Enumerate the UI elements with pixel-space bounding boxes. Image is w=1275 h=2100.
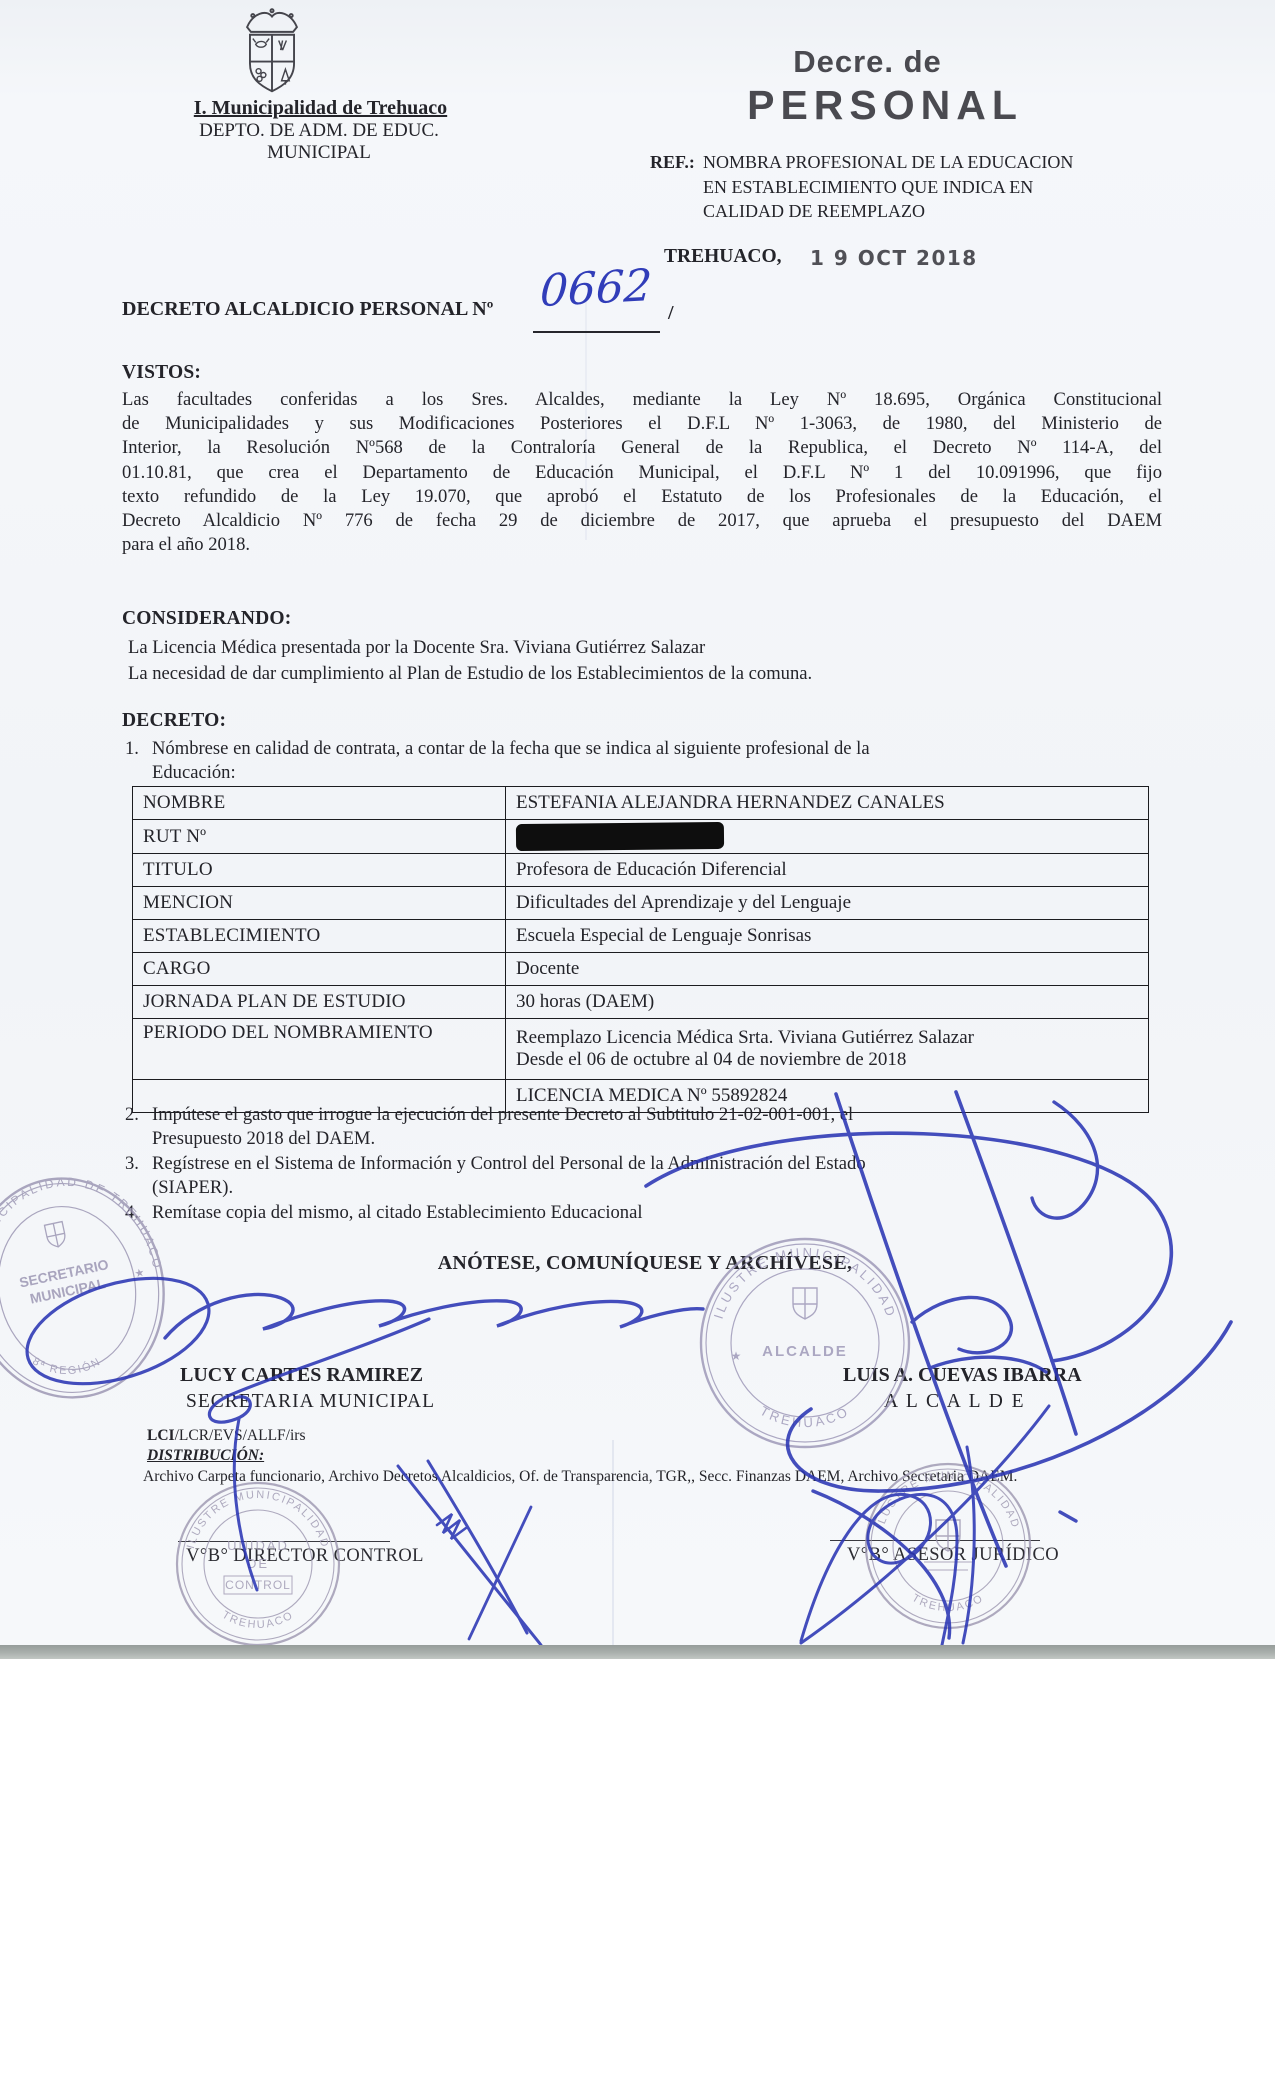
table-row: CARGO Docente: [133, 953, 1149, 986]
item-4-line1: Remítase copia del mismo, al citado Esta…: [152, 1201, 643, 1225]
vistos-line: Interior, la Resolución Nº568 de la Cont…: [122, 436, 1162, 460]
row-value: Escuela Especial de Lenguaje Sonrisas: [506, 920, 1149, 953]
stamp-center-text: UNIDAD: [227, 1538, 289, 1553]
vistos-paragraph: Las facultades conferidas a los Sres. Al…: [122, 388, 1162, 557]
row-label: CARGO: [133, 953, 506, 986]
stamp-bottom-text: TREHUACO: [910, 1592, 986, 1614]
control-signature: [469, 1507, 531, 1639]
item-1-line2: Educación:: [152, 761, 236, 785]
ref-line1: NOMBRA PROFESIONAL DE LA EDUCACION: [703, 152, 1073, 173]
initials-bold: LCI: [147, 1427, 175, 1444]
row-value: 30 horas (DAEM): [506, 986, 1149, 1019]
distribution-label: DISTRIBUCIÓN:: [147, 1447, 264, 1465]
vistos-line: 01.10.81, que crea el Departamento de Ed…: [122, 461, 1162, 485]
ref-label: REF.:: [650, 152, 695, 173]
row-value: Reemplazo Licencia Médica Srta. Viviana …: [506, 1019, 1149, 1080]
municipal-coat-of-arms: [224, 6, 320, 98]
row-value: Dificultades del Aprendizaje y del Lengu…: [506, 887, 1149, 920]
table-row: ESTABLECIMIENTO Escuela Especial de Leng…: [133, 920, 1149, 953]
item-2-line1: Impútese el gasto que irrogue la ejecuci…: [152, 1103, 853, 1127]
scanned-page: I. Municipalidad de Trehuaco DEPTO. DE A…: [0, 0, 1275, 1645]
unidad-control-stamp: ILUSTRE MUNICIPALIDAD TREHUACO UNIDAD DE…: [172, 1478, 344, 1645]
table-row: RUT Nº: [133, 820, 1149, 854]
table-row: NOMBRE ESTEFANIA ALEJANDRA HERNANDEZ CAN…: [133, 787, 1149, 820]
stamp-center-text: DE: [247, 1556, 269, 1571]
redaction-bar: [516, 822, 724, 851]
decree-type-stamp-line1: Decre. de: [760, 44, 975, 80]
alcalde-signature: [912, 1297, 1011, 1352]
decreto-heading: DECRETO:: [122, 710, 226, 732]
decree-number-handwritten: 0662: [539, 260, 654, 317]
stamp-ring-text: I. MUNICIPALIDAD DE TREHUACO: [0, 1175, 165, 1272]
initials-line: LCI/LCR/EVS/ALLF/irs: [147, 1427, 305, 1445]
row-value: ESTEFANIA ALEJANDRA HERNANDEZ CANALES: [506, 787, 1149, 820]
juridico-signature: [1060, 1512, 1076, 1521]
stamp-bottom-text: 8ª REGIÓN: [30, 1355, 103, 1377]
secretario-municipal-stamp: I. MUNICIPALIDAD DE TREHUACO 8ª REGIÓN S…: [0, 1170, 185, 1410]
row-label: NOMBRE: [133, 787, 506, 820]
control-signature: [437, 1514, 466, 1539]
row-value: Docente: [506, 953, 1149, 986]
stamp-star-icon: ★: [731, 1349, 742, 1363]
periodo-line2: Desde el 06 de octubre al 04 de noviembr…: [516, 1049, 1138, 1071]
considerando-heading: CONSIDERANDO:: [122, 608, 291, 630]
vistos-line: texto refundido de la Ley 19.070, que ap…: [122, 485, 1162, 509]
vistos-heading: VISTOS:: [122, 362, 201, 384]
department-name: DEPTO. DE ADM. DE EDUC. MUNICIPAL: [148, 120, 490, 164]
ref-line2: EN ESTABLECIMIENTO QUE INDICA EN: [703, 177, 1033, 198]
item-3-line1: Regístrese en el Sistema de Información …: [152, 1152, 866, 1176]
row-value: Profesora de Educación Diferencial: [506, 854, 1149, 887]
row-label: RUT Nº: [133, 820, 506, 854]
item-2-line2: Presupuesto 2018 del DAEM.: [152, 1127, 375, 1151]
stamp-star-icon: ★: [134, 1267, 146, 1281]
screenshot-root: I. Municipalidad de Trehuaco DEPTO. DE A…: [0, 0, 1275, 2100]
alcalde-stamp: ILUSTRE MUNICIPALIDAD TREHUACO ALCALDE ★: [692, 1230, 918, 1456]
row-value-redacted: [506, 820, 1149, 854]
secretaria-title: SECRETARIA MUNICIPAL: [186, 1391, 435, 1413]
date-stamp: 1 9 OCT 2018: [810, 246, 978, 270]
table-row: MENCION Dificultades del Aprendizaje y d…: [133, 887, 1149, 920]
appointment-table: NOMBRE ESTEFANIA ALEJANDRA HERNANDEZ CAN…: [132, 786, 1149, 1113]
considerando-line2: La necesidad de dar cumplimiento al Plan…: [128, 662, 812, 686]
decree-number-slash: /: [668, 302, 674, 325]
stamp-bottom-text: TREHUACO: [220, 1609, 296, 1631]
vistos-line: para el año 2018.: [122, 533, 1162, 557]
considerando-line1: La Licencia Médica presentada por la Doc…: [128, 636, 705, 660]
stamp-center-text: CONTROL: [225, 1578, 291, 1592]
decree-number-label: DECRETO ALCALDICIO PERSONAL Nº: [122, 298, 493, 321]
periodo-line1: Reemplazo Licencia Médica Srta. Viviana …: [516, 1027, 1138, 1049]
row-label: TITULO: [133, 854, 506, 887]
vistos-line: de Municipalidades y sus Modificaciones …: [122, 412, 1162, 436]
secretaria-signature: [165, 1294, 703, 1338]
municipality-name: I. Municipalidad de Trehuaco: [178, 97, 463, 120]
asesor-juridico-stamp: ILUSTRE MUNICIPALIDAD TREHUACO: [860, 1458, 1036, 1634]
row-label: ESTABLECIMIENTO: [133, 920, 506, 953]
row-label: MENCION: [133, 887, 506, 920]
table-row: TITULO Profesora de Educación Diferencia…: [133, 854, 1149, 887]
row-label: JORNADA PLAN DE ESTUDIO: [133, 986, 506, 1019]
city-label: TREHUACO,: [664, 246, 782, 268]
item-1-line1: Nómbrese en calidad de contrata, a conta…: [152, 737, 870, 761]
alcalde-signature: [1032, 1102, 1098, 1218]
vistos-line: Las facultades conferidas a los Sres. Al…: [122, 388, 1162, 412]
table-row: PERIODO DEL NOMBRAMIENTO Reemplazo Licen…: [133, 1019, 1149, 1080]
ref-line3: CALIDAD DE REEMPLAZO: [703, 201, 925, 222]
initials-rest: /LCR/EVS/ALLF/irs: [175, 1427, 306, 1444]
item-2-number: 2.: [125, 1103, 139, 1127]
scan-edge-band: [0, 1645, 1275, 1659]
secretaria-name: LUCY CARTES RAMIREZ: [180, 1364, 423, 1387]
vistos-line: Decreto Alcaldicio Nº 776 de fecha 29 de…: [122, 509, 1162, 533]
stamp-center-text: ALCALDE: [762, 1343, 848, 1360]
row-label: PERIODO DEL NOMBRAMIENTO: [133, 1019, 506, 1080]
table-row: JORNADA PLAN DE ESTUDIO 30 horas (DAEM): [133, 986, 1149, 1019]
item-1-number: 1.: [125, 737, 139, 761]
decree-type-stamp-line2: PERSONAL: [745, 82, 1025, 129]
stamp-bottom-text: TREHUACO: [758, 1403, 853, 1430]
